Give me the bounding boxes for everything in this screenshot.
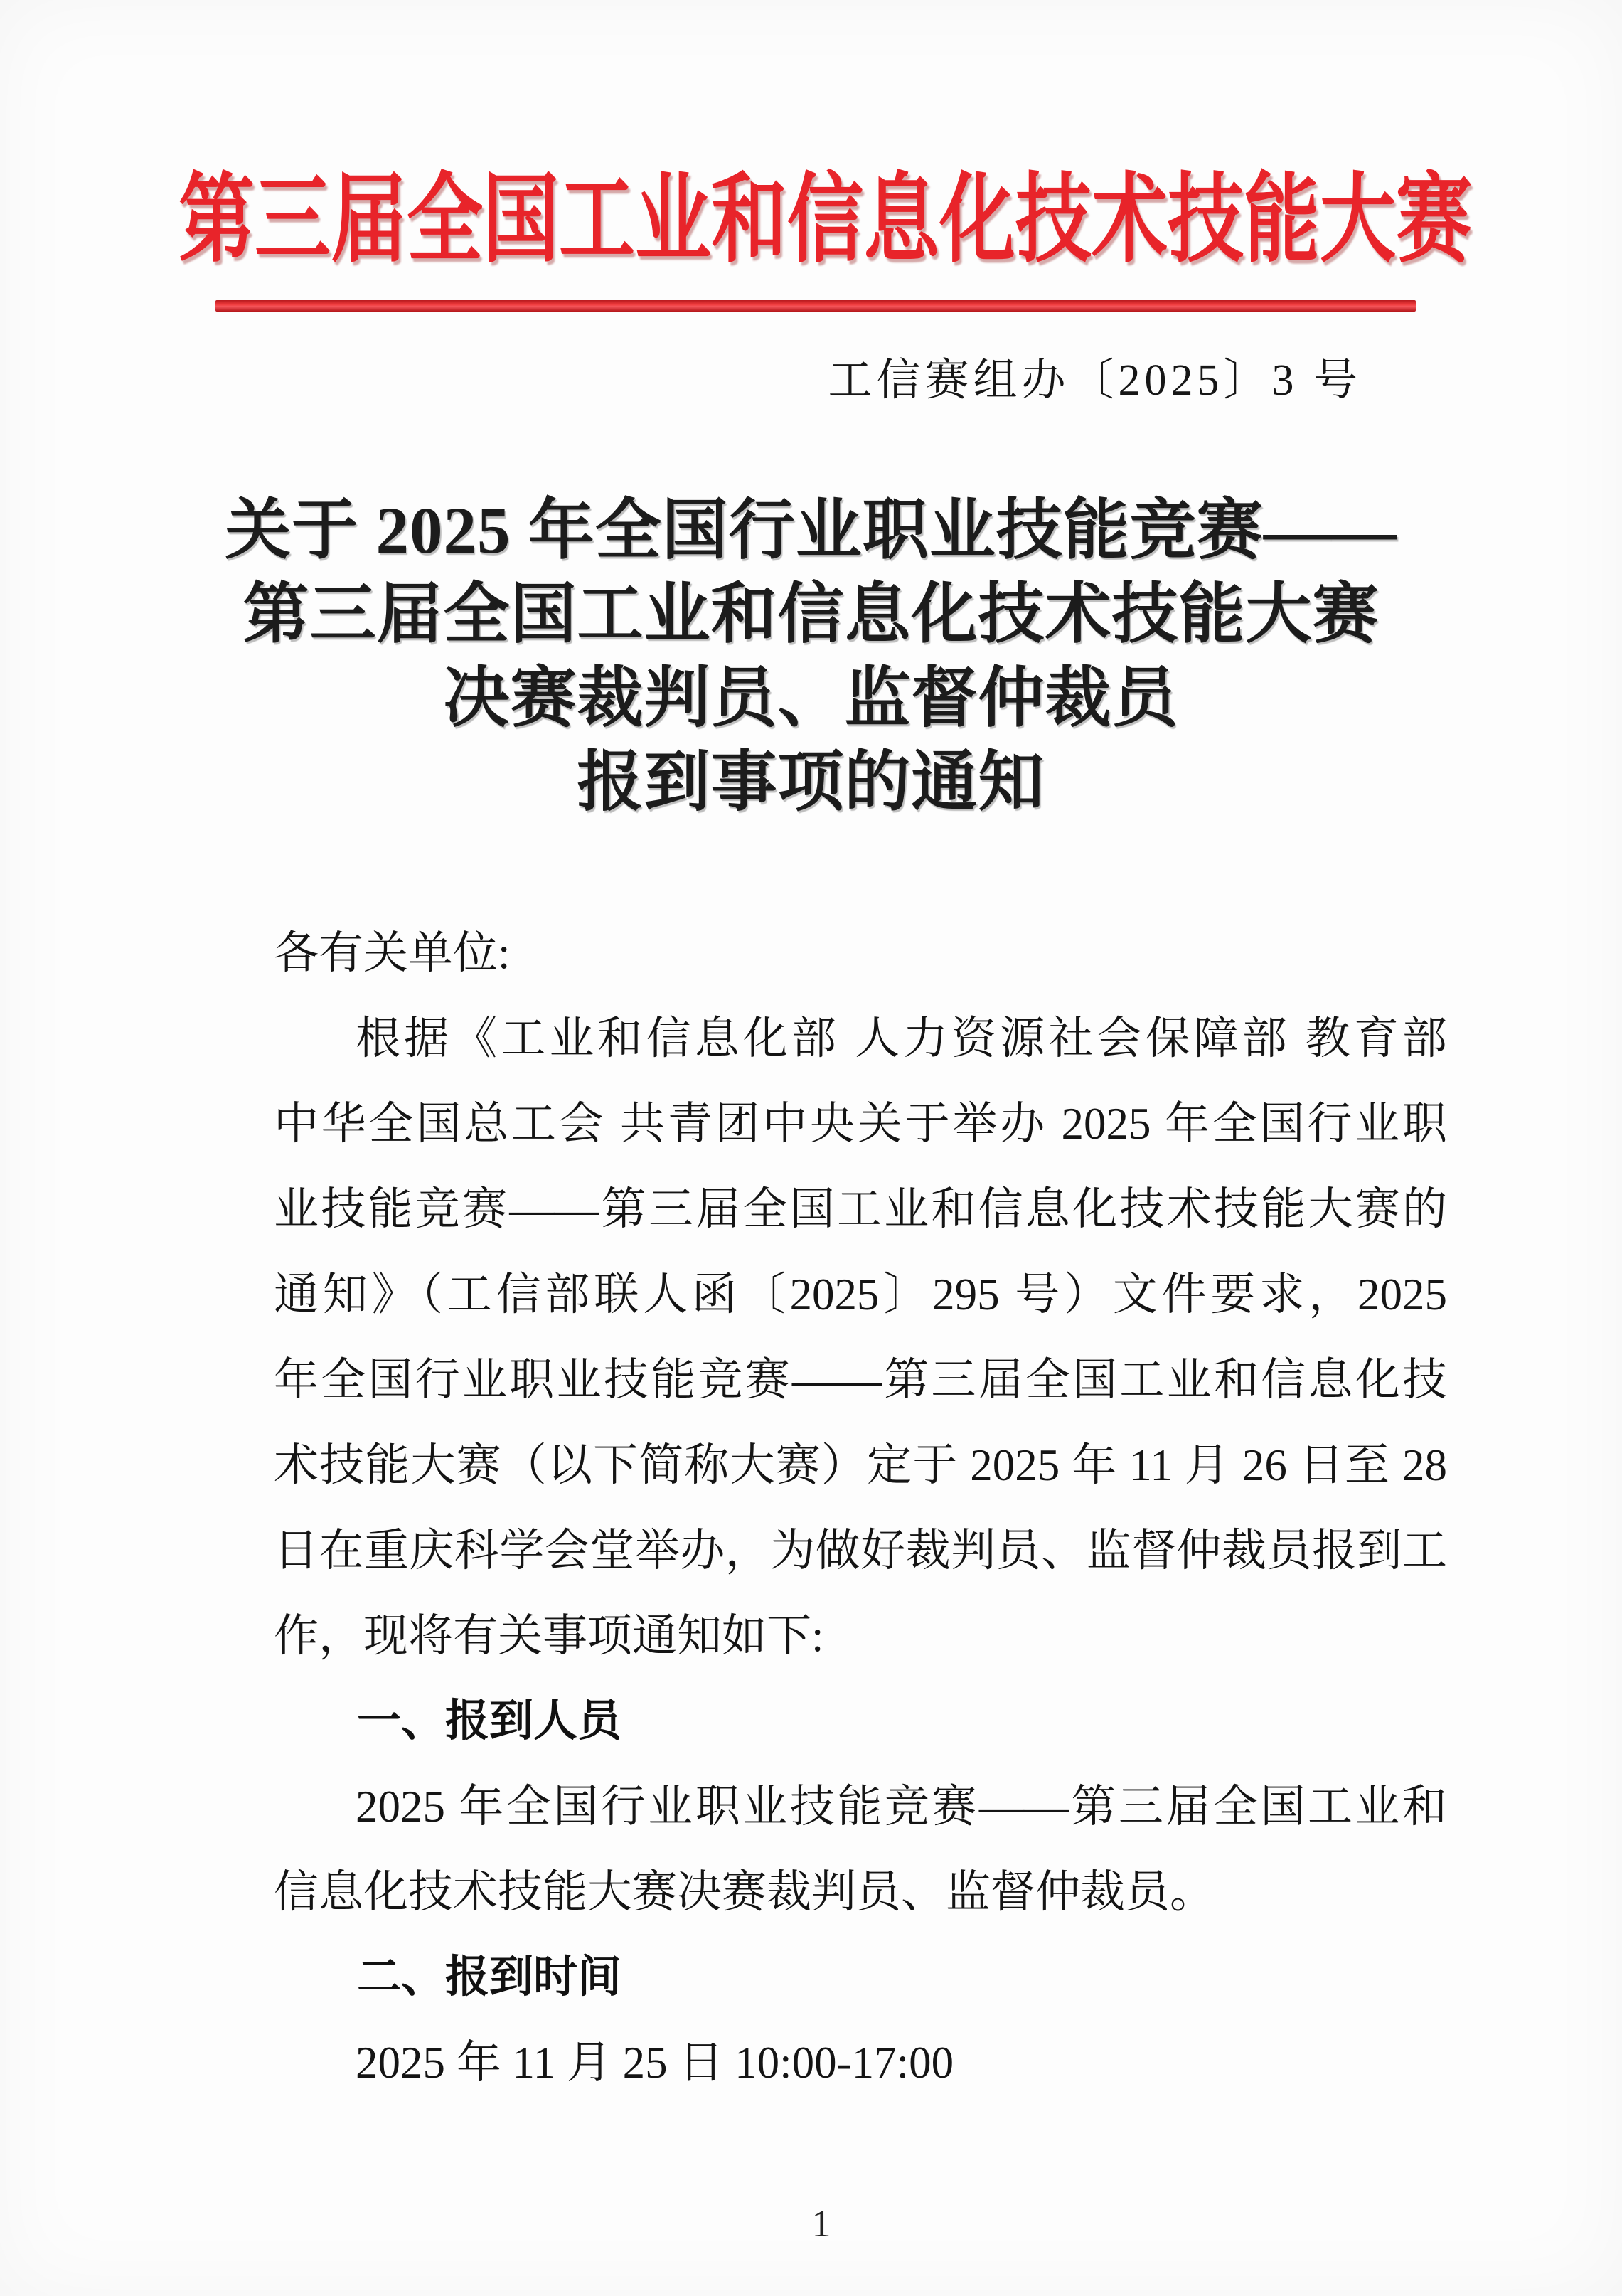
section-2-heading: 二、报到时间 (274, 1935, 1447, 2020)
body-paragraph-line: 通知》（工信部联人函〔2025〕295 号）文件要求，2025 (274, 1252, 1447, 1337)
notice-title-line-2: 第三届全国工业和信息化技术技能大赛 (0, 573, 1622, 657)
body-paragraph-line: 作，现将有关事项通知如下: (274, 1593, 1447, 1679)
section-2-time-line: 2025 年 11 月 25 日 10:00-17:00 (274, 2020, 1447, 2105)
body-paragraph-line: 日在重庆科学会堂举办，为做好裁判员、监督仲裁员报到工 (274, 1508, 1447, 1593)
section-1-heading: 一、报到人员 (274, 1679, 1447, 1764)
body-paragraph-line: 中华全国总工会 共青团中央关于举办 2025 年全国行业职 (274, 1081, 1447, 1166)
notice-title-line-4: 报到事项的通知 (0, 741, 1622, 825)
letterhead-banner-title: 第三届全国工业和信息化技术技能大赛 (0, 157, 1622, 285)
section-1-line: 信息化技术技能大赛决赛裁判员、监督仲裁员。 (274, 1849, 1447, 1935)
page-number: 1 (750, 2201, 892, 2245)
letterhead-divider-rule (215, 300, 1416, 312)
salutation: 各有关单位: (274, 910, 1447, 996)
notice-title-line-3: 决赛裁判员、监督仲裁员 (0, 657, 1622, 741)
body-paragraph-line: 术技能大赛（以下简称大赛）定于 2025 年 11 月 26 日至 28 (274, 1423, 1447, 1508)
body-paragraph-line: 根据《工业和信息化部 人力资源社会保障部 教育部 (274, 996, 1447, 1081)
notice-title-line-1: 关于 2025 年全国行业职业技能竞赛—— (0, 489, 1622, 573)
document-page: 第三届全国工业和信息化技术技能大赛 工信赛组办〔2025〕3 号 关于 2025… (0, 0, 1622, 2296)
notice-title: 关于 2025 年全国行业职业技能竞赛—— 第三届全国工业和信息化技术技能大赛 … (0, 489, 1622, 825)
document-reference-number: 工信赛组办〔2025〕3 号 (828, 357, 1362, 404)
notice-body: 各有关单位: 根据《工业和信息化部 人力资源社会保障部 教育部 中华全国总工会 … (274, 910, 1447, 2105)
body-paragraph-line: 业技能竞赛——第三届全国工业和信息化技术技能大赛的 (274, 1166, 1447, 1252)
section-1-line: 2025 年全国行业职业技能竞赛——第三届全国工业和 (274, 1764, 1447, 1849)
body-paragraph-line: 年全国行业职业技能竞赛——第三届全国工业和信息化技 (274, 1337, 1447, 1423)
